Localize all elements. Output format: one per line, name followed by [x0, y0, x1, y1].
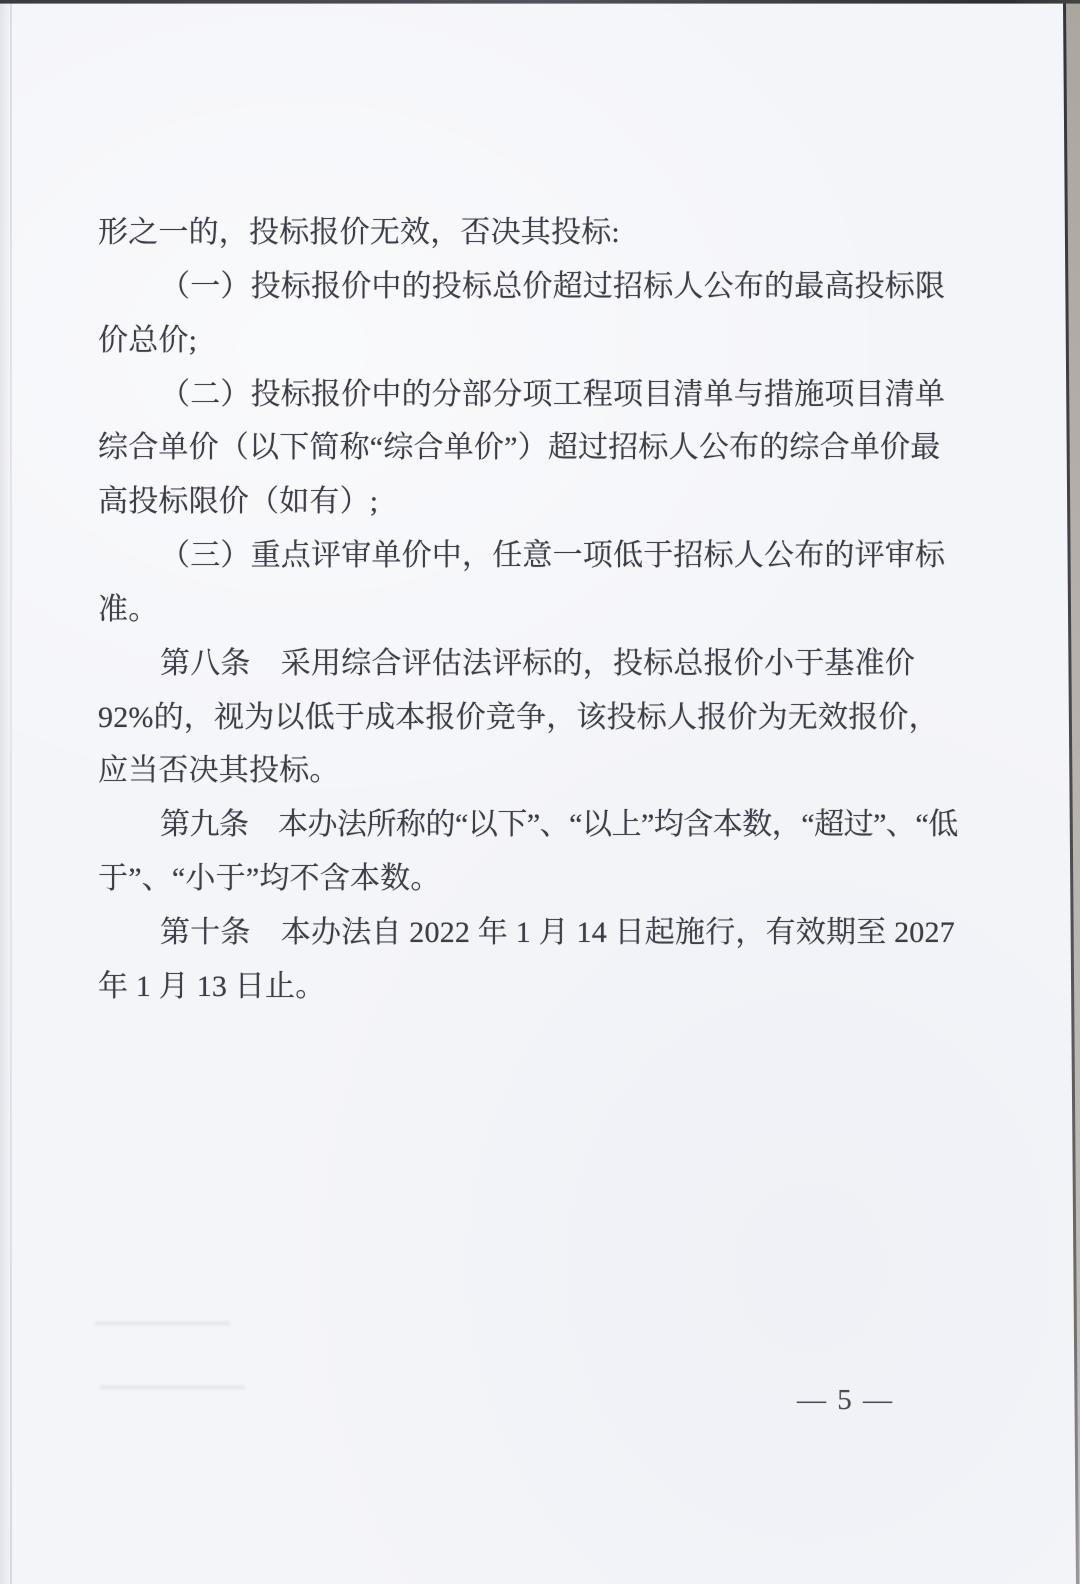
- text-line: 第八条 采用综合评估法评标的，投标总报价小于基准价: [98, 637, 958, 691]
- text-line: 高投标限价（如有）;: [98, 475, 958, 529]
- text-line: （二）投标报价中的分部分项工程项目清单与措施项目清单: [98, 368, 958, 422]
- text-line: 于”、“小于”均不含本数。: [98, 852, 958, 906]
- left-fold-line: [10, 0, 12, 1584]
- text-line: 92%的，视为以低于成本报价竞争，该投标人报价为无效报价，: [98, 691, 958, 745]
- text-line: （一）投标报价中的投标总价超过招标人公布的最高投标限: [98, 260, 958, 314]
- body-text: 形之一的，投标报价无效，否决其投标:（一）投标报价中的投标总价超过招标人公布的最…: [98, 206, 958, 1014]
- text-line: 应当否决其投标。: [98, 744, 958, 798]
- text-line: 价总价;: [98, 314, 958, 368]
- scan-smudge: [100, 1386, 245, 1389]
- text-line: 第九条 本办法所称的“以下”、“以上”均含本数，“超过”、“低: [98, 798, 958, 852]
- text-line: 综合单价（以下简称“综合单价”）超过招标人公布的综合单价最: [98, 421, 958, 475]
- text-line: 第十条 本办法自 2022 年 1 月 14 日起施行，有效期至 2027: [98, 906, 958, 960]
- scan-smudge: [95, 1322, 230, 1325]
- page-number: — 5 —: [797, 1384, 894, 1416]
- text-line: 准。: [98, 583, 958, 637]
- text-line: 形之一的，投标报价无效，否决其投标:: [98, 206, 958, 260]
- text-line: 年 1 月 13 日止。: [98, 960, 958, 1014]
- text-line: （三）重点评审单价中，任意一项低于招标人公布的评审标: [98, 529, 958, 583]
- scanned-document: 形之一的，投标报价无效，否决其投标:（一）投标报价中的投标总价超过招标人公布的最…: [0, 0, 1080, 1584]
